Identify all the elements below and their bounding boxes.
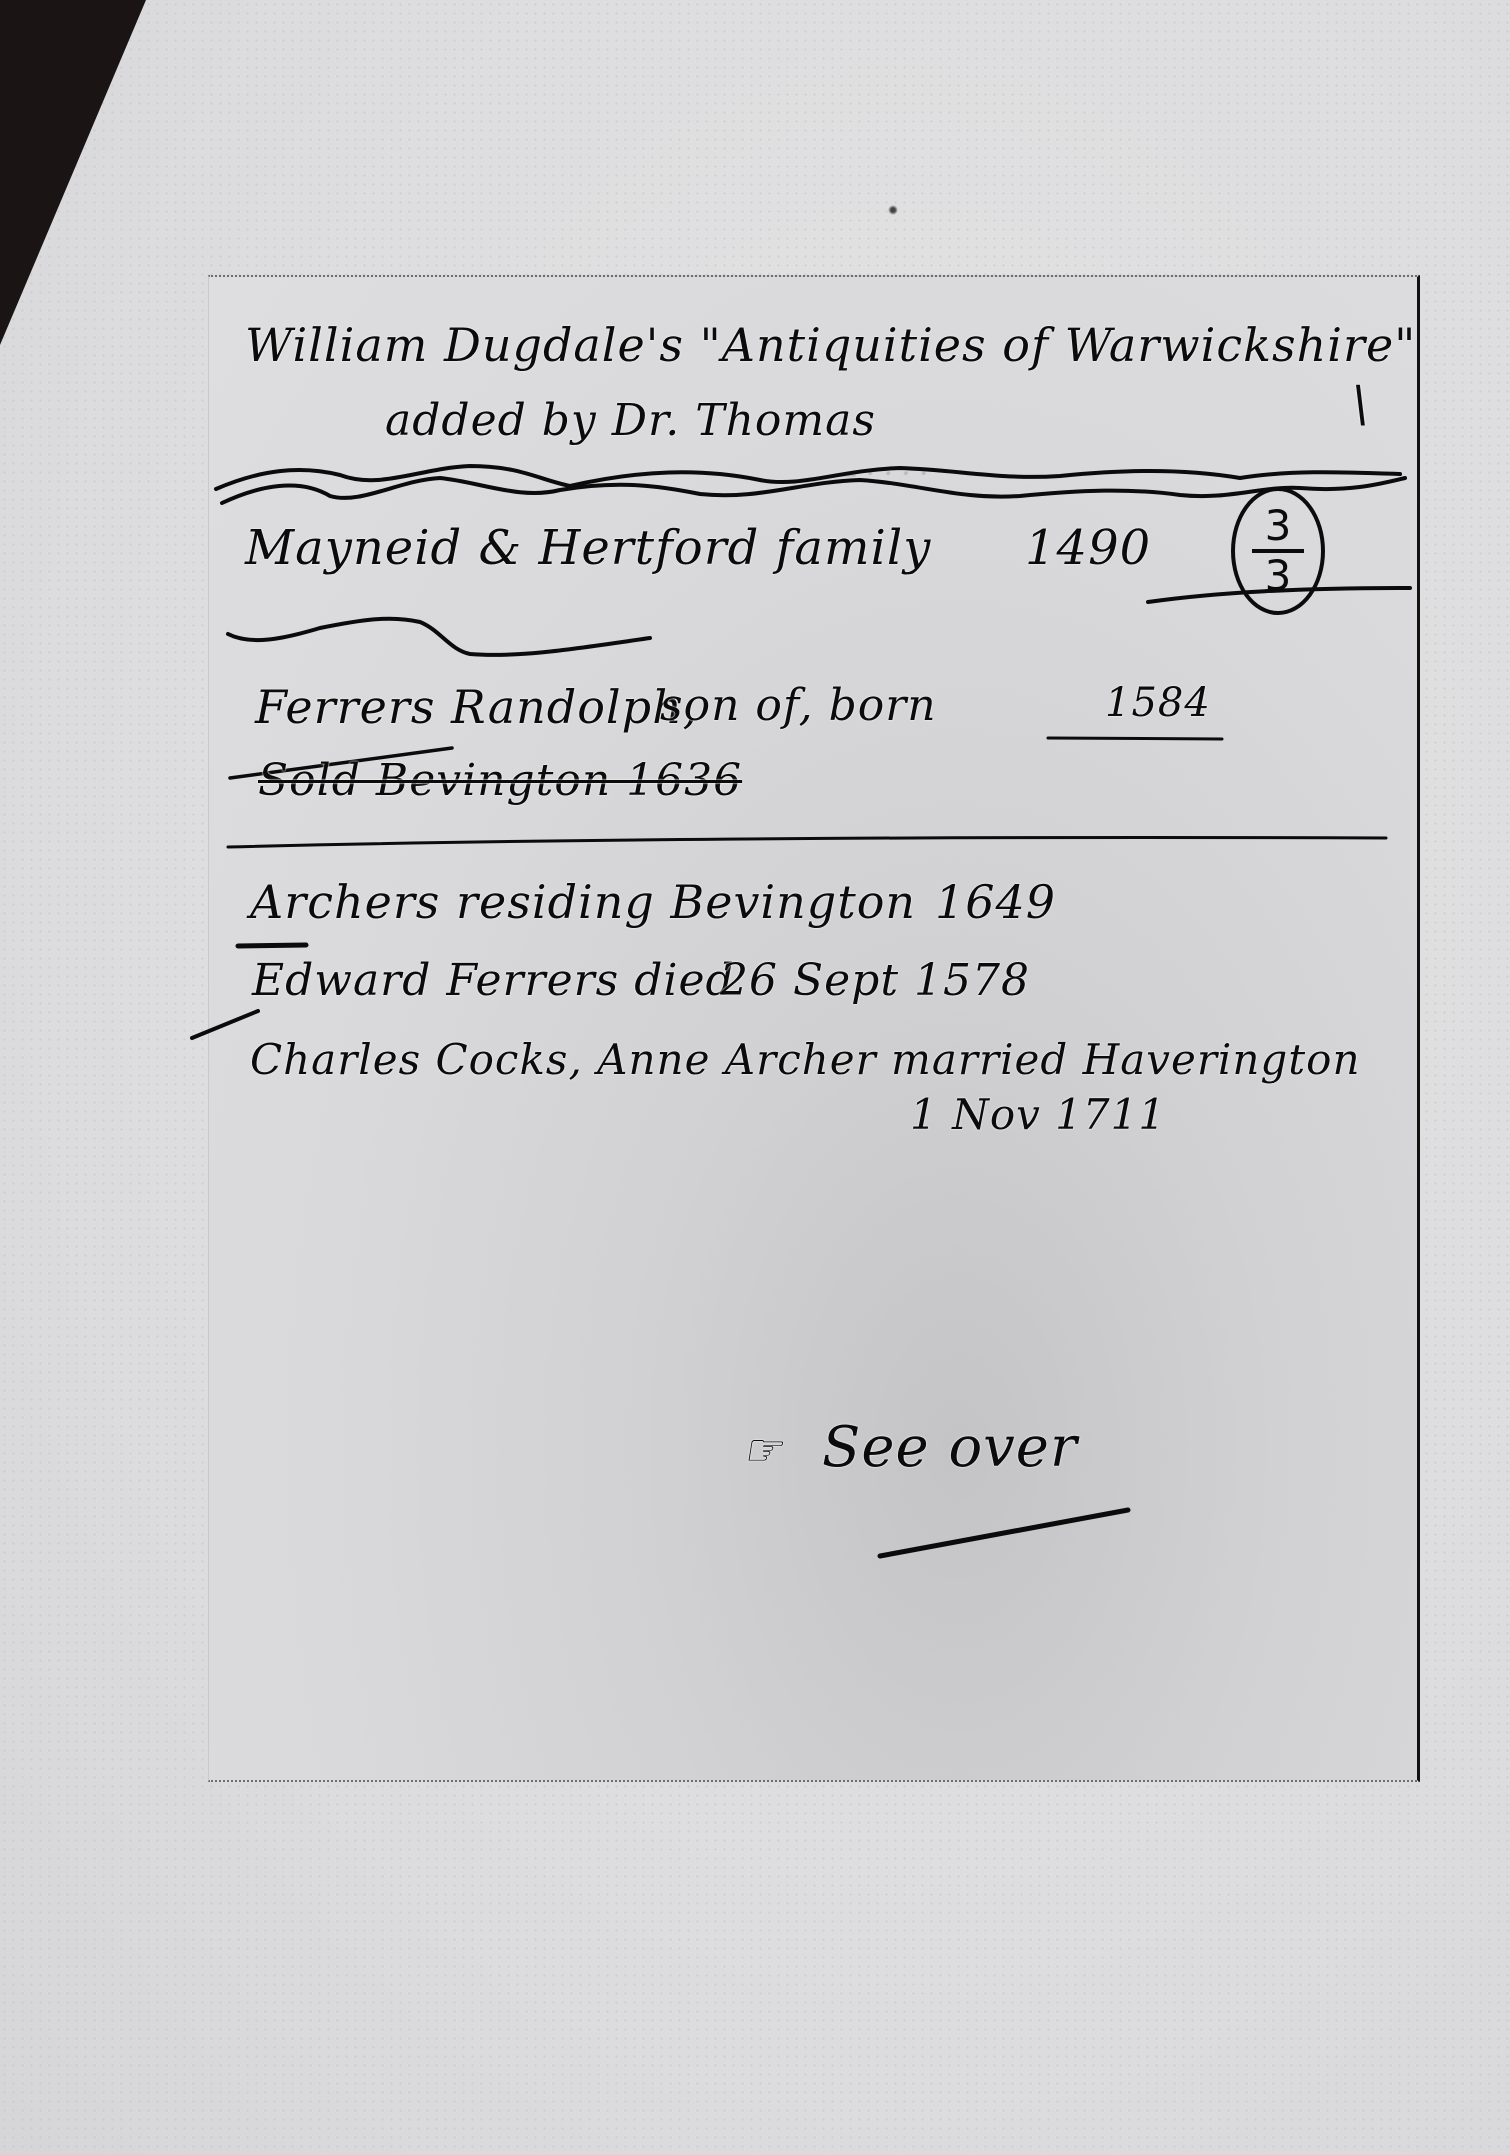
paper-speck	[888, 205, 898, 215]
page-fraction-numerator: 3	[1265, 504, 1292, 548]
header-title: William Dugdale's "Antiquities of Warwic…	[245, 318, 1416, 372]
ferrers-name: Ferrers Randolph,	[255, 680, 698, 734]
entry-marriage-text: Charles Cocks, Anne Archer married Haver…	[250, 1035, 1361, 1084]
sold-bevington-line: Sold Bevington 1636	[258, 755, 742, 806]
entry-archers-date: 1649	[935, 875, 1056, 929]
ferrers-born-year: 1584	[1105, 680, 1211, 726]
ferrers-relation: son of, born	[660, 680, 937, 731]
family-heading: Mayneid & Hertford family	[245, 520, 931, 576]
see-over-note: See over	[822, 1415, 1078, 1480]
entry-archers-text: Archers residing Bevington	[250, 875, 916, 929]
pointing-hand-icon: ☞	[742, 1425, 782, 1476]
copied-note-page: — · · · ·	[208, 275, 1420, 1782]
entry-edward-date: 26 Sept 1578	[720, 955, 1030, 1006]
header-subtitle: added by Dr. Thomas	[385, 395, 876, 446]
page-fraction-badge: 3 3	[1231, 487, 1325, 615]
family-year: 1490	[1025, 520, 1151, 576]
page-fraction-denominator: 3	[1265, 554, 1292, 598]
margin-mark: \	[1352, 375, 1370, 433]
entry-edward-text: Edward Ferrers died	[252, 955, 735, 1006]
bleed-through-text: — · · · ·	[829, 457, 928, 490]
entry-marriage-date: 1 Nov 1711	[910, 1090, 1166, 1139]
